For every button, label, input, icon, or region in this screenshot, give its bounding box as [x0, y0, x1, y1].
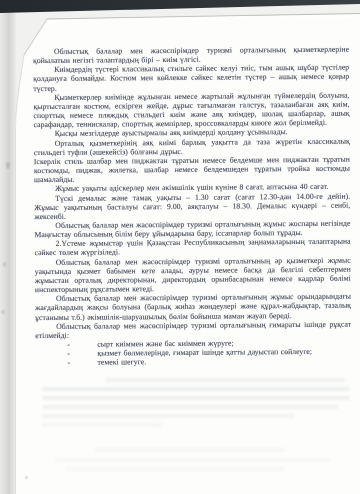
paragraph-business-style: Іскерлік стиль шалбар мен пиджактан тұра…	[34, 154, 350, 184]
list-dash: -	[67, 349, 97, 358]
scan-smudge	[25, 476, 28, 479]
paragraph-building-rules-intro: Облыстық балалар мен жасөспірімдер туриз…	[35, 319, 351, 340]
paragraph-prohibited-clothing: Қызметкерлер киімінде жұлынған немесе жа…	[33, 90, 349, 129]
document-body: Облыстық балалар мен жасөспірімдер туриз…	[33, 45, 352, 368]
paragraph-lunch-break: Түскі демалыс және тамақ уақыты – 1.30 с…	[34, 191, 350, 221]
prohibited-actions-list: - сырт киіммен және бас киіммен жүруге; …	[35, 338, 351, 368]
scanner-dark-top-band	[0, 0, 360, 14]
paragraph-dress-code-intro: Облыстық балалар мен жасөспірімдер туриз…	[33, 45, 349, 66]
list-dash: -	[67, 358, 97, 367]
scanner-bed-left-strip	[0, 0, 16, 494]
scan-smudge	[3, 262, 6, 267]
list-dash: -	[67, 340, 97, 349]
scanned-document-page: Облыстық балалар мен жасөспірімдер туриз…	[0, 0, 360, 494]
paragraph-work-plan-trips: Облыстық балалар мен жасөспірімдер туриз…	[34, 219, 350, 240]
paragraph-classic-shoes: Орталық қызметкерінің аяқ киімі барлық у…	[34, 136, 350, 157]
paragraph-workplace-conditions: Облыстық балалар мен жасөспірімдер туриз…	[35, 292, 351, 322]
scan-smudge	[6, 162, 10, 169]
scan-smudge	[1, 310, 5, 314]
paragraph-clothing-colors: Киімдердің түстері классикалық стильге с…	[33, 63, 349, 93]
paragraph-leave-permission: Облыстық балалар мен жасөспірімдер туриз…	[35, 255, 351, 294]
paragraph-overtime-pay: 2.Үстеме жұмыстар үшін Қазақстан Республ…	[35, 237, 351, 258]
